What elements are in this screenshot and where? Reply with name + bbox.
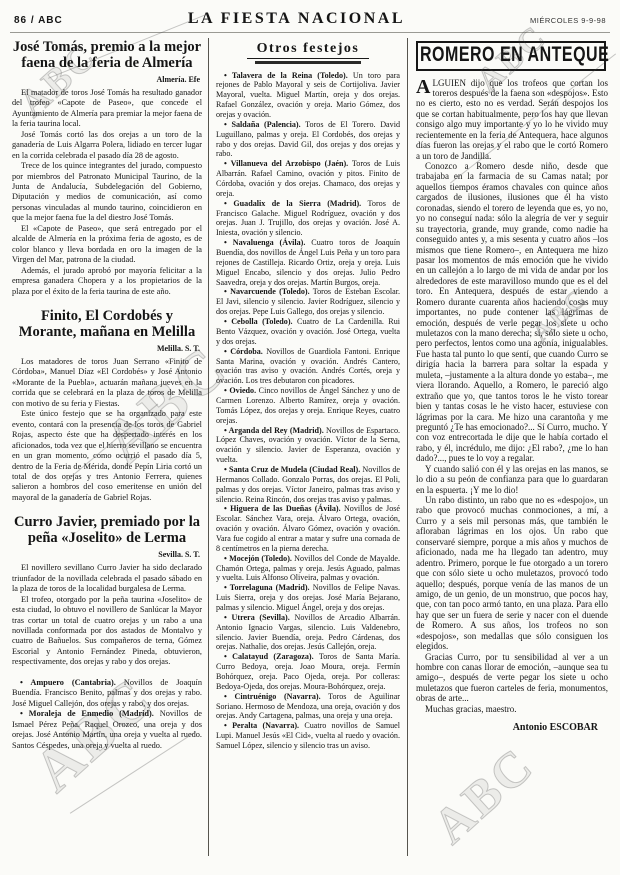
- dateline: Almería. Efe: [12, 75, 200, 85]
- festejo-place: Arganda del Rey (Madrid).: [229, 426, 324, 435]
- festejo-item: Moraleja de Enmedio (Madrid). Novillos d…: [12, 709, 202, 751]
- festejo-place: Talavera de la Reina (Toledo).: [232, 71, 348, 80]
- article-paragraph: Este único festejo que se ha organizado …: [12, 409, 202, 503]
- festejo-item: Santa Cruz de Mudela (Ciudad Real). Novi…: [216, 465, 400, 504]
- festejo-place: Oviedo.: [229, 386, 256, 395]
- festejo-place: Cintruénigo (Navarra).: [235, 692, 321, 701]
- festejo-place: Utrera (Sevilla).: [232, 613, 290, 622]
- opinion-paragraph: Conozco a Romero desde niño, desde que t…: [416, 161, 608, 464]
- festejo-item: Torrelaguna (Madrid). Novillos de Felipe…: [216, 583, 400, 613]
- festejo-place: Santa Cruz de Mudela (Ciudad Real).: [229, 465, 360, 474]
- festejo-item: Utrera (Sevilla). Novillos de Arcadio Al…: [216, 613, 400, 652]
- middle-column: Otros festejos Talavera de la Reina (Tol…: [208, 38, 408, 856]
- opening-text: LGUIEN dijo que los trofeos que cortan l…: [416, 78, 608, 161]
- festejo-place: Mocejón (Toledo).: [229, 554, 292, 563]
- festejo-item: Navaluenga (Ávila). Cuatro toros de Joaq…: [216, 238, 400, 287]
- article-paragraph: Trece de los quince integrantes del jura…: [12, 161, 202, 224]
- article-headline-finito-melilla: Finito, El Cordobés y Morante, mañana en…: [12, 309, 202, 341]
- title-rule: [255, 61, 362, 64]
- festejo-item: Calatayud (Zaragoza). Toros de Santa Mar…: [216, 652, 400, 691]
- opinion-paragraph: Muchas gracias, maestro.: [416, 704, 608, 714]
- festejo-item: Mocejón (Toledo). Novillos del Conde de …: [216, 554, 400, 584]
- festejo-item: Higuera de las Dueñas (Ávila). Novillos …: [216, 504, 400, 553]
- opinion-paragraph: Y cuando salió con él y las orejas en la…: [416, 464, 608, 495]
- festejo-item: Saldaña (Palencia). Toros de El Torero. …: [216, 120, 400, 159]
- festejo-item: Villanueva del Arzobispo (Jaén). Toros d…: [216, 159, 400, 198]
- festejo-item: Córdoba. Novillos de Guardiola Fantoni. …: [216, 347, 400, 386]
- otros-festejos-title: Otros festejos: [247, 40, 370, 59]
- festejo-item: Peralta (Navarra). Cuatro novillos de Sa…: [216, 721, 400, 751]
- festejo-place: Calatayud (Zaragoza).: [232, 652, 314, 661]
- festejo-item: Guadalix de la Sierra (Madrid). Toros de…: [216, 199, 400, 238]
- opinion-title: ROMERO EN ANTEQUERA: [420, 44, 610, 68]
- otros-festejos-header: Otros festejos: [216, 38, 400, 64]
- article-paragraph: El «Capote de Paseo», que será entregado…: [12, 224, 202, 266]
- festejo-item: Arganda del Rey (Madrid). Novillos de Es…: [216, 426, 400, 465]
- dateline: Melilla. S. T.: [12, 344, 200, 354]
- article-paragraph: Además, el jurado aprobó por mayoría fel…: [12, 266, 202, 297]
- festejo-place: Navarcuende (Toledo).: [230, 287, 310, 296]
- article-headline-jose-tomas: José Tomás, premio a la mejor faena de l…: [12, 40, 202, 72]
- opinion-paragraph: Gracias Curro, por tu sensibilidad al ve…: [416, 652, 608, 704]
- festejo-item: Talavera de la Reina (Toledo). Un toro p…: [216, 71, 400, 120]
- drop-cap: A: [416, 78, 432, 96]
- festejo-place: Cebolla (Toledo).: [231, 317, 292, 326]
- festejo-item: Ampuero (Cantabria). Novillos de Joaquín…: [12, 678, 202, 709]
- column-layout: José Tomás, premio a la mejor faena de l…: [10, 38, 610, 856]
- article-body: Los matadores de toros Juan Serrano «Fin…: [12, 357, 202, 503]
- festejo-place: Peralta (Navarra).: [232, 721, 299, 730]
- festejo-place: Moraleja de Enmedio (Madrid).: [29, 709, 154, 718]
- opinion-title-box: ROMERO EN ANTEQUERA: [416, 41, 606, 71]
- right-column: ROMERO EN ANTEQUERA ALGUIEN dijo que los…: [408, 38, 610, 856]
- festejo-place: Higuera de las Dueñas (Ávila).: [230, 504, 341, 513]
- opinion-paragraph: Un rabo distinto, un rabo que no es «des…: [416, 495, 608, 652]
- festejo-place: Navaluenga (Ávila).: [233, 238, 306, 247]
- festejos-list-continued: Ampuero (Cantabria). Novillos de Joaquín…: [12, 678, 202, 751]
- masthead: 86 / ABC LA FIESTA NACIONAL MIÉRCOLES 9-…: [10, 8, 610, 33]
- festejo-place: Torrelaguna (Madrid).: [230, 583, 310, 592]
- article-body: El matador de toros José Tomás ha result…: [12, 88, 202, 297]
- article-headline-curro-javier: Curro Javier, premiado por la peña «Jose…: [12, 515, 202, 547]
- festejo-place: Villanueva del Arzobispo (Jaén).: [231, 159, 349, 168]
- newspaper-page: ABC ABC ABC ABC ABC ABC 86 / ABC LA FIES…: [0, 0, 620, 875]
- festejo-item: Cebolla (Toledo). Cuatro de La Cardenill…: [216, 317, 400, 347]
- article-paragraph: José Tomás cortó las dos orejas a un tor…: [12, 130, 202, 161]
- left-column: José Tomás, premio a la mejor faena de l…: [10, 38, 208, 856]
- festejo-place: Guadalix de la Sierra (Madrid).: [233, 199, 361, 208]
- article-paragraph: El novillero sevillano Curro Javier ha s…: [12, 563, 202, 594]
- author-signature: Antonio ESCOBAR: [416, 722, 598, 734]
- dateline: Sevilla. S. T.: [12, 550, 200, 560]
- festejo-place: Ampuero (Cantabria).: [30, 678, 115, 687]
- festejo-item: Cintruénigo (Navarra). Toros de Aguilina…: [216, 692, 400, 722]
- festejos-list: Talavera de la Reina (Toledo). Un toro p…: [216, 71, 400, 751]
- festejo-item: Navarcuende (Toledo). Toros de Esteban E…: [216, 287, 400, 317]
- opinion-opening-paragraph: ALGUIEN dijo que los trofeos que cortan …: [416, 78, 608, 162]
- article-paragraph: El matador de toros José Tomás ha result…: [12, 88, 202, 130]
- article-body: El novillero sevillano Curro Javier ha s…: [12, 563, 202, 668]
- issue-date: MIÉRCOLES 9-9-98: [530, 16, 606, 25]
- opinion-body: Conozco a Romero desde niño, desde que t…: [416, 161, 608, 714]
- article-paragraph: El trofeo, otorgado por la peña taurina …: [12, 595, 202, 668]
- festejo-item: Oviedo. Cinco novillos de Ángel Sánchez …: [216, 386, 400, 425]
- festejo-place: Saldaña (Palencia).: [231, 120, 300, 129]
- article-paragraph: Los matadores de toros Juan Serrano «Fin…: [12, 357, 202, 409]
- section-title: LA FIESTA NACIONAL: [188, 10, 405, 28]
- page-number-label: 86 / ABC: [14, 15, 63, 26]
- festejo-place: Córdoba.: [230, 347, 263, 356]
